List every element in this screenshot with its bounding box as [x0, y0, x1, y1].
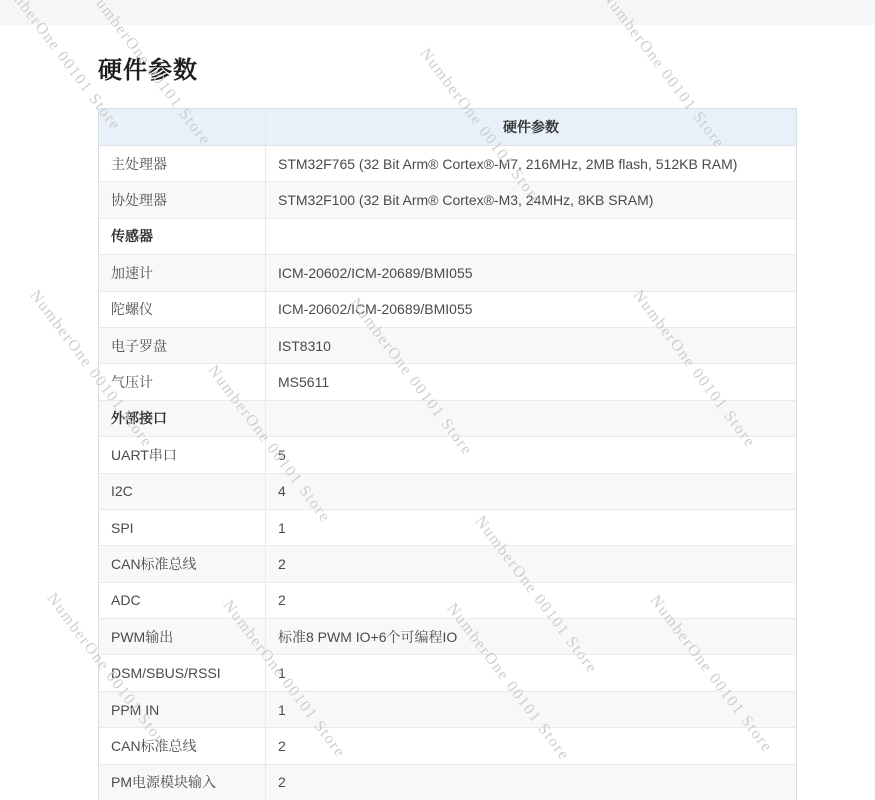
table-row: PM电源模块输入2: [99, 765, 796, 800]
row-label: 传感器: [99, 219, 266, 254]
row-value: 1: [266, 692, 796, 727]
row-label: 气压计: [99, 364, 266, 399]
row-label: DSM/SBUS/RSSI: [99, 655, 266, 690]
table-body: 主处理器STM32F765 (32 Bit Arm® Cortex®-M7, 2…: [99, 146, 796, 800]
row-value: MS5611: [266, 364, 796, 399]
row-label: 电子罗盘: [99, 328, 266, 363]
row-label: 陀螺仪: [99, 292, 266, 327]
table-row: 协处理器STM32F100 (32 Bit Arm® Cortex®-M3, 2…: [99, 182, 796, 218]
row-value: 2: [266, 765, 796, 800]
row-label: PPM IN: [99, 692, 266, 727]
row-value: 标准8 PWM IO+6个可编程IO: [266, 619, 796, 654]
row-value: 5: [266, 437, 796, 472]
table-row: CAN标准总线2: [99, 728, 796, 764]
row-value: 4: [266, 474, 796, 509]
table-header-title: 硬件参数: [266, 109, 796, 145]
row-value: 2: [266, 583, 796, 618]
row-label: CAN标准总线: [99, 546, 266, 581]
row-label: 主处理器: [99, 146, 266, 181]
table-row: CAN标准总线2: [99, 546, 796, 582]
table-row: 电子罗盘IST8310: [99, 328, 796, 364]
row-value: ICM-20602/ICM-20689/BMI055: [266, 255, 796, 290]
table-row: SPI1: [99, 510, 796, 546]
row-value: 2: [266, 728, 796, 763]
row-label: UART串口: [99, 437, 266, 472]
table-header-empty-cell: [99, 109, 266, 145]
top-strip: [0, 0, 875, 25]
row-label: ADC: [99, 583, 266, 618]
table-row: 陀螺仪ICM-20602/ICM-20689/BMI055: [99, 292, 796, 328]
row-value: STM32F765 (32 Bit Arm® Cortex®-M7, 216MH…: [266, 146, 796, 181]
row-value: IST8310: [266, 328, 796, 363]
table-row: 加速计ICM-20602/ICM-20689/BMI055: [99, 255, 796, 291]
row-value: [266, 401, 796, 436]
table-row: ADC2: [99, 583, 796, 619]
row-label: I2C: [99, 474, 266, 509]
row-value: STM32F100 (32 Bit Arm® Cortex®-M3, 24MHz…: [266, 182, 796, 217]
row-value: 1: [266, 510, 796, 545]
table-row: PWM输出标准8 PWM IO+6个可编程IO: [99, 619, 796, 655]
row-value: [266, 219, 796, 254]
row-label: PWM输出: [99, 619, 266, 654]
table-row: 主处理器STM32F765 (32 Bit Arm® Cortex®-M7, 2…: [99, 146, 796, 182]
row-label: CAN标准总线: [99, 728, 266, 763]
row-label: 协处理器: [99, 182, 266, 217]
row-label: SPI: [99, 510, 266, 545]
table-row: PPM IN1: [99, 692, 796, 728]
table-row: 气压计MS5611: [99, 364, 796, 400]
table-header-row: 硬件参数: [99, 109, 796, 146]
row-label: PM电源模块输入: [99, 765, 266, 800]
table-row: DSM/SBUS/RSSI1: [99, 655, 796, 691]
row-value: ICM-20602/ICM-20689/BMI055: [266, 292, 796, 327]
table-row: I2C4: [99, 474, 796, 510]
page-title: 硬件参数: [98, 57, 198, 85]
table-row: 传感器: [99, 219, 796, 255]
table-row: UART串口5: [99, 437, 796, 473]
row-label: 外部接口: [99, 401, 266, 436]
row-value: 2: [266, 546, 796, 581]
hardware-spec-table: 硬件参数 主处理器STM32F765 (32 Bit Arm® Cortex®-…: [98, 108, 797, 800]
row-value: 1: [266, 655, 796, 690]
row-label: 加速计: [99, 255, 266, 290]
table-row: 外部接口: [99, 401, 796, 437]
